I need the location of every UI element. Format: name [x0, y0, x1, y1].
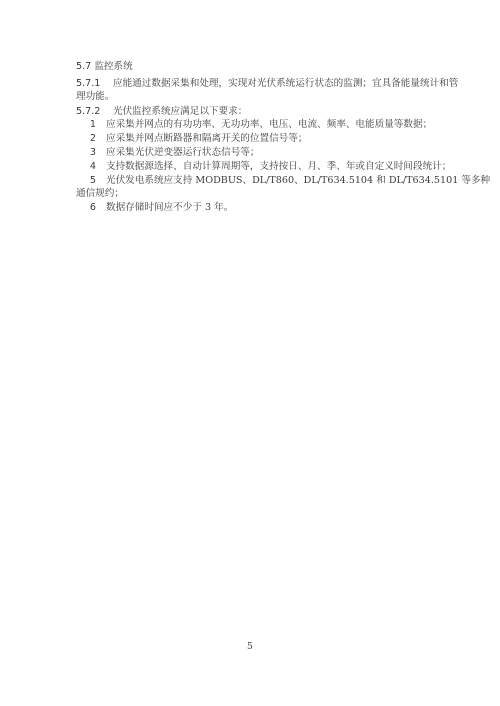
clause-5-7-2: 5.7.2光伏监控系统应满足以下要求： — [76, 106, 247, 118]
item-text: 数据存储时间应不少于 3 年。 — [106, 202, 233, 213]
list-item: 5光伏发电系统应支持 MODBUS、DL/T860、DL/T634.5104 和… — [76, 175, 490, 187]
item-number: 3 — [76, 147, 96, 159]
item-number: 2 — [76, 133, 96, 145]
item-text: 光伏发电系统应支持 MODBUS、DL/T860、DL/T634.5104 和 … — [106, 175, 490, 186]
section-title: 监控系统 — [94, 61, 132, 72]
clause-number: 5.7.2 — [76, 106, 113, 118]
item-text: 支持数据源选择、自动计算周期等，支持按日、月、季、年或自定义时间段统计； — [106, 161, 451, 172]
clause-number: 5.7.1 — [76, 78, 113, 90]
clause-5-7-1-continuation: 理功能。 — [76, 91, 114, 103]
item-text: 应采集光伏逆变器运行状态信号等； — [106, 147, 260, 158]
clause-text: 光伏监控系统应满足以下要求： — [113, 106, 247, 117]
item-text: 应采集并网点的有功功率、无功功率、电压、电流、频率、电能质量等数据； — [106, 119, 432, 130]
item-text: 应采集并网点断路器和隔离开关的位置信号等； — [106, 133, 307, 144]
list-item: 4支持数据源选择、自动计算周期等，支持按日、月、季、年或自定义时间段统计； — [76, 161, 451, 173]
item-number: 6 — [76, 202, 96, 214]
item-number: 1 — [76, 119, 96, 131]
list-item-continuation: 通信规约； — [76, 188, 124, 200]
item-number: 5 — [76, 175, 96, 187]
page-number: 5 — [247, 642, 253, 652]
list-item: 6数据存储时间应不少于 3 年。 — [76, 202, 233, 214]
list-item: 1应采集并网点的有功功率、无功功率、电压、电流、频率、电能质量等数据； — [76, 119, 432, 131]
clause-5-7-1: 5.7.1应能通过数据采集和处理，实现对光伏系统运行状态的监测；宜具备能量统计和… — [76, 78, 458, 90]
clause-text-continuation: 理功能。 — [76, 91, 114, 102]
list-item: 3应采集光伏逆变器运行状态信号等； — [76, 147, 260, 159]
section-heading: 5.7 监控系统 — [76, 61, 133, 73]
clause-text: 应能通过数据采集和处理，实现对光伏系统运行状态的监测；宜具备能量统计和管 — [113, 78, 458, 89]
item-text-continuation: 通信规约； — [76, 188, 124, 199]
list-item: 2应采集并网点断路器和隔离开关的位置信号等； — [76, 133, 307, 145]
item-number: 4 — [76, 161, 96, 173]
section-number: 5.7 — [76, 61, 91, 72]
